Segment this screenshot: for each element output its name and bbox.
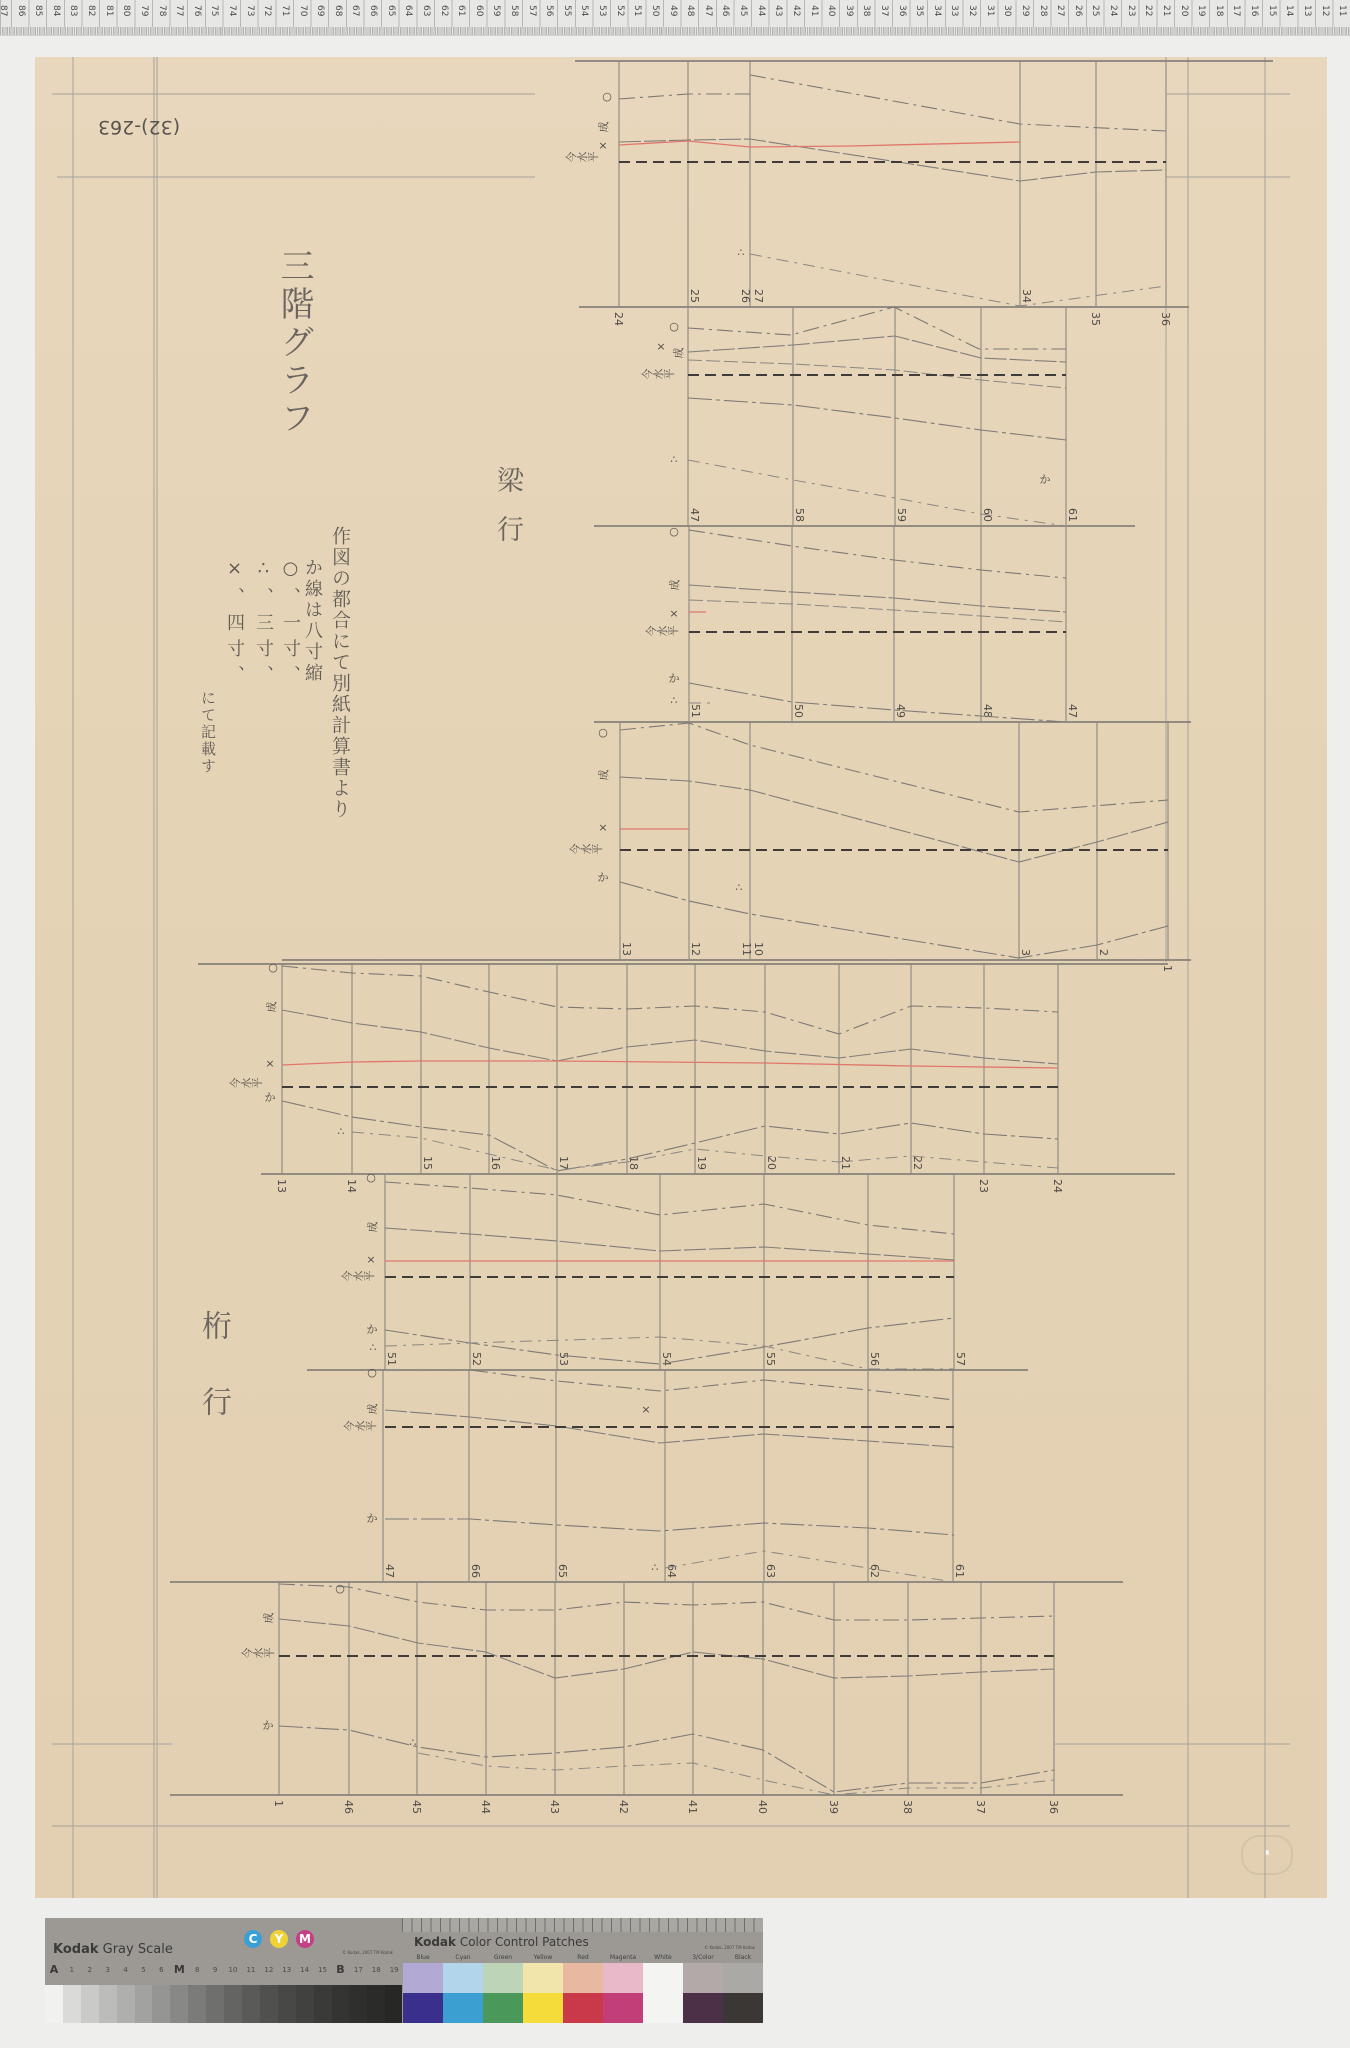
legend-symbol-marker: ○ — [602, 90, 612, 103]
gray-step-label: 6 — [152, 1962, 170, 1978]
graph-panel-girder-13-24: 131415161718192021222324○成×今水平か∴ — [198, 961, 1175, 1193]
gray-step-patch — [188, 1985, 206, 2023]
note-line-1: 作図の都合にて別紙計算書より — [327, 526, 354, 820]
gray-step-patch — [206, 1985, 224, 2023]
legend-symbol-marker: か — [367, 1323, 378, 1336]
gray-step-label: M — [170, 1962, 188, 1978]
gray-step-label: 1 — [63, 1962, 81, 1978]
color-patch-dark — [723, 1993, 763, 2023]
color-patch-light — [683, 1963, 723, 1993]
legend-symbol-marker: ○ — [268, 961, 278, 974]
legend-symbol-marker: ○ — [669, 320, 679, 333]
gray-card-copyright: © Kodak, 2007 TM Kodak — [342, 1950, 393, 1955]
gray-step-patch — [314, 1985, 332, 2023]
column-number-label: 47 — [1066, 704, 1079, 718]
gray-step-patch — [332, 1985, 350, 2023]
o-line-trace — [385, 1370, 954, 1400]
gray-step-label: 18 — [367, 1962, 385, 1978]
gray-step-label: 10 — [224, 1962, 242, 1978]
legend-symbol-marker: ○ — [366, 1171, 376, 1184]
color-patch-light — [483, 1963, 523, 1993]
legend-symbol-marker: か — [598, 871, 609, 884]
column-number-label: 20 — [765, 1156, 778, 1170]
legend-symbol-marker: × — [598, 139, 607, 152]
graph-panel-girder-47-61: 47666564636261○成今水平×か∴ — [170, 1366, 1123, 1582]
graph-panel-girder-51-57: 51525354555657○成×今水平か∴ — [307, 1171, 1028, 1370]
note-line-3: ○、一寸、 — [277, 558, 303, 691]
graph-panel-beam-51-47: 5150494847○成×今水平か∴ — [594, 525, 1191, 722]
color-patch-dark — [403, 1993, 443, 2023]
beam-direction-label: 梁行 — [488, 466, 527, 564]
color-patch-dark — [563, 1993, 603, 2023]
column-number-label: 37 — [974, 1800, 987, 1814]
column-number-label: 61 — [1066, 508, 1079, 522]
column-number-label: 10 — [752, 942, 765, 956]
column-number-label: 56 — [868, 1352, 881, 1366]
o-line-trace — [689, 530, 1066, 578]
ts-line-trace — [665, 1551, 953, 1582]
column-number-label: 46 — [342, 1800, 355, 1814]
column-number-label: 38 — [901, 1800, 914, 1814]
color-patch-light — [443, 1963, 483, 1993]
legend-symbol-marker: か — [367, 1512, 378, 1525]
graph-panels: 24252627343536○成×今水平∴4758596061○成×今水平∴か5… — [170, 61, 1273, 1814]
gray-step-label: B — [332, 1962, 350, 1978]
legend-symbol-marker: ○ — [669, 525, 679, 538]
color-patch-light — [603, 1963, 643, 1993]
color-patch-dark — [683, 1993, 723, 2023]
legend-symbol-marker: 成 — [365, 1221, 378, 1234]
gray-step-label: 17 — [349, 1962, 367, 1978]
column-number-label: 45 — [410, 1800, 423, 1814]
legend-symbol-marker: ∴ — [736, 881, 743, 894]
column-number-label: 3 — [1019, 949, 1032, 956]
gray-step-patch — [81, 1985, 99, 2023]
legend-symbol-marker: ∴ — [671, 453, 678, 466]
column-number-label: 40 — [756, 1800, 769, 1814]
o-line-trace — [688, 307, 1066, 349]
column-number-label: 44 — [479, 1800, 492, 1814]
legend-symbol-marker: ○ — [335, 1582, 345, 1595]
ts-line-trace — [688, 460, 1066, 526]
column-number-label: 25 — [688, 289, 701, 303]
column-number-label: 11 — [740, 942, 753, 956]
gray-step-label: 15 — [314, 1962, 332, 1978]
column-number-label: 1 — [1161, 965, 1174, 972]
column-number-label: 13 — [275, 1179, 288, 1193]
legend-symbol-marker: 成 — [596, 769, 609, 782]
color-patch-dark — [523, 1993, 563, 2023]
x-line-trace — [619, 141, 1020, 147]
color-patch-light — [403, 1963, 443, 1993]
column-number-label: 14 — [345, 1179, 358, 1193]
column-number-label: 36 — [1159, 312, 1172, 326]
gray-step-patch — [260, 1985, 278, 2023]
column-number-label: 52 — [470, 1352, 483, 1366]
legend-symbol-marker: ○ — [598, 726, 608, 739]
column-number-label: 39 — [827, 1800, 840, 1814]
gray-step-label: 13 — [278, 1962, 296, 1978]
graph-panel-beam-47-61: 4758596061○成×今水平∴か — [594, 307, 1135, 526]
gray-card-title: Kodak Gray Scale — [53, 1942, 173, 1957]
color-patches-light-row — [403, 1963, 763, 1993]
graph-panel-girder-1-36: 14645444342414039383736○成今水平か∴ — [170, 1582, 1123, 1814]
column-number-label: 16 — [489, 1156, 502, 1170]
gray-step-label: 8 — [188, 1962, 206, 1978]
gray-step-patch — [170, 1985, 188, 2023]
column-number-label: 26 — [739, 289, 752, 303]
gray-step-label: 14 — [296, 1962, 314, 1978]
color-patch-light — [563, 1963, 603, 1993]
gray-step-label: 12 — [260, 1962, 278, 1978]
column-number-label: 24 — [1051, 1179, 1064, 1193]
sei-line-trace — [282, 1010, 1058, 1064]
legend-symbol-marker: 今水平 — [342, 1420, 376, 1433]
kodak-gray-scale-card: Kodak Gray Scale CYM © Kodak, 2007 TM Ko… — [45, 1918, 403, 2023]
color-card-title: Kodak Color Control Patches — [414, 1935, 589, 1949]
gray-step-patch — [152, 1985, 170, 2023]
gray-step-label: 4 — [117, 1962, 135, 1978]
cmy-circle-c: C — [244, 1930, 262, 1948]
color-patch-dark — [603, 1993, 643, 2023]
catalog-number: (32)-263 — [98, 116, 180, 138]
gray-step-label: 5 — [135, 1962, 153, 1978]
gray-step-label: 3 — [99, 1962, 117, 1978]
legend-symbol-marker: × — [656, 340, 665, 353]
ts-line-trace — [418, 1753, 1054, 1795]
legend-symbol-marker: か — [265, 1091, 276, 1104]
gray-step-patch — [385, 1985, 403, 2023]
column-number-label: 50 — [792, 704, 805, 718]
gray-step-patch — [367, 1985, 385, 2023]
level-graph-drawing: 24252627343536○成×今水平∴4758596061○成×今水平∴か5… — [0, 0, 1350, 2048]
column-number-label: 27 — [752, 289, 765, 303]
column-number-label: 47 — [688, 508, 701, 522]
column-number-label: 47 — [383, 1564, 396, 1578]
legend-symbol-marker: ○ — [367, 1366, 377, 1379]
legend-symbol-marker: か — [263, 1719, 274, 1732]
ka-line-trace — [689, 683, 1066, 722]
gray-card-product: Gray Scale — [103, 1942, 173, 1957]
o-line-trace — [619, 94, 750, 99]
column-number-label: 2 — [1097, 949, 1110, 956]
column-number-label: 24 — [612, 312, 625, 326]
column-number-label: 22 — [911, 1156, 924, 1170]
column-number-label: 59 — [895, 508, 908, 522]
column-number-label: 1 — [272, 1800, 285, 1807]
o-line-trace — [750, 75, 1166, 131]
column-number-label: 15 — [421, 1156, 434, 1170]
column-number-label: 17 — [557, 1156, 570, 1170]
gray-card-brand: Kodak — [53, 1942, 99, 1957]
column-number-label: 54 — [660, 1352, 673, 1366]
girder-direction-label: 桁行 — [191, 1310, 235, 1462]
color-card-ruler — [402, 1918, 763, 1932]
column-number-label: 58 — [793, 508, 806, 522]
gray-step-patch — [296, 1985, 314, 2023]
gray-step-label: 2 — [81, 1962, 99, 1978]
sei-line-trace — [689, 585, 1066, 612]
ka-line-trace — [688, 398, 1066, 440]
column-number-label: 34 — [1020, 289, 1033, 303]
column-number-label: 57 — [954, 1352, 967, 1366]
color-patch-dark — [643, 1993, 683, 2023]
legend-symbol-marker: 今水平 — [644, 625, 678, 638]
ts-line-trace — [750, 254, 1166, 306]
column-number-label: 63 — [764, 1564, 777, 1578]
graph-panel-beam-13-1: 13121110321○成×今水平か∴ — [282, 722, 1191, 972]
cmy-circle-m: M — [296, 1930, 314, 1948]
gray-step-patch — [349, 1985, 367, 2023]
color-patch-light — [643, 1963, 683, 1993]
column-number-label: 19 — [695, 1156, 708, 1170]
legend-symbol-marker: ∴ — [671, 694, 678, 707]
gray-step-label: 19 — [385, 1962, 403, 1978]
color-patch-light — [723, 1963, 763, 1993]
legend-symbol-marker: × — [641, 1403, 650, 1416]
ka-line-trace — [279, 1726, 1054, 1792]
color-card-copyright: © Kodak, 2007 TM Kodak — [704, 1945, 755, 1950]
color-patch-dark — [443, 1993, 483, 2023]
column-number-label: 51 — [689, 704, 702, 718]
kodak-color-control-card: Kodak Color Control Patches © Kodak, 200… — [402, 1918, 763, 2023]
o-line-trace — [279, 1584, 1054, 1620]
gray-step-patch — [63, 1985, 81, 2023]
color-card-brand: Kodak — [414, 1935, 456, 1949]
column-number-label: 12 — [689, 942, 702, 956]
column-number-label: 66 — [469, 1564, 482, 1578]
column-number-label: 55 — [764, 1352, 777, 1366]
column-number-label: 35 — [1089, 312, 1102, 326]
gray-step-patch — [278, 1985, 296, 2023]
legend-symbol-marker: 成 — [264, 1001, 277, 1014]
legend-symbol-marker: × — [598, 821, 607, 834]
column-number-label: 41 — [686, 1800, 699, 1814]
legend-symbol-marker: × — [265, 1057, 274, 1070]
legend-symbol-marker: ∴ — [338, 1125, 345, 1138]
color-patch-light — [523, 1963, 563, 1993]
gray-step-patch — [99, 1985, 117, 2023]
column-number-label: 65 — [556, 1564, 569, 1578]
gray-step-label: A — [45, 1962, 63, 1978]
legend-symbol-marker: 今水平 — [228, 1077, 262, 1090]
column-number-label: 21 — [839, 1156, 852, 1170]
color-card-product: Color Control Patches — [460, 1935, 589, 1949]
column-number-label: 36 — [1047, 1800, 1060, 1814]
note-line-6: にて記載す — [198, 690, 219, 775]
legend-symbol-marker: × — [669, 607, 678, 620]
graph-panel-beam-24-36: 24252627343536○成×今水平∴ — [564, 61, 1273, 326]
legend-symbol-marker: 今水平 — [564, 151, 598, 164]
gray-step-patch — [117, 1985, 135, 2023]
legend-symbol-marker: 成 — [596, 121, 609, 134]
legend-symbol-marker: 成 — [671, 347, 684, 360]
legend-symbol-marker: 今水平 — [340, 1270, 374, 1283]
legend-symbol-marker: ∴ — [652, 1561, 659, 1574]
column-number-label: 61 — [953, 1564, 966, 1578]
legend-symbol-marker: か — [1040, 473, 1051, 486]
column-number-label: 53 — [557, 1352, 570, 1366]
color-patch-dark — [483, 1993, 523, 2023]
column-number-label: 13 — [620, 942, 633, 956]
column-number-label: 43 — [548, 1800, 561, 1814]
column-number-label: 51 — [385, 1352, 398, 1366]
gray-step-label: 9 — [206, 1962, 224, 1978]
note-line-4: ∴、三寸、 — [250, 558, 276, 691]
sheet-margin-lines — [52, 57, 1290, 1898]
legend-symbol-marker: 成 — [667, 579, 680, 592]
gray-step-patches — [45, 1985, 403, 2023]
color-patches-dark-row — [403, 1993, 763, 2023]
column-number-label: 23 — [977, 1179, 990, 1193]
gray-step-label: 11 — [242, 1962, 260, 1978]
cmy-circle-y: Y — [270, 1930, 288, 1948]
legend-symbol-marker: 今水平 — [240, 1647, 274, 1660]
page-title: 三階グラフ — [270, 248, 319, 438]
legend-symbol-marker: ∴ — [738, 246, 745, 259]
legend-symbol-marker: 今水平 — [568, 843, 602, 856]
o-line-trace — [282, 966, 1058, 1034]
ka-line-trace — [385, 1519, 954, 1535]
x-line-trace — [282, 1061, 1058, 1068]
legend-symbol-marker: ∴ — [370, 1341, 377, 1354]
gray-step-patch — [135, 1985, 153, 2023]
legend-symbol-marker: 成 — [365, 1403, 378, 1416]
sei-line-trace — [279, 1619, 1054, 1678]
column-number-label: 62 — [868, 1564, 881, 1578]
legend-symbol-marker: 成 — [261, 1612, 274, 1625]
sei-line-trace — [385, 1410, 954, 1447]
gray-step-patch — [224, 1985, 242, 2023]
gray-step-patch — [242, 1985, 260, 2023]
note-line-5: ×、四寸、 — [221, 558, 247, 691]
gray-step-labels: A123456M89101112131415B171819 — [45, 1962, 403, 1978]
legend-symbol-marker: × — [366, 1253, 375, 1266]
legend-symbol-marker: ∴ — [410, 1736, 417, 1749]
column-number-label: 42 — [617, 1800, 630, 1814]
legend-symbol-marker: 今水平 — [640, 368, 674, 381]
legend-symbol-marker: か — [669, 672, 680, 685]
o-line-trace — [620, 723, 1168, 812]
gray-step-patch — [45, 1985, 63, 2023]
sei-line-trace — [688, 336, 1066, 362]
x-line-gray-trace — [689, 600, 1066, 622]
